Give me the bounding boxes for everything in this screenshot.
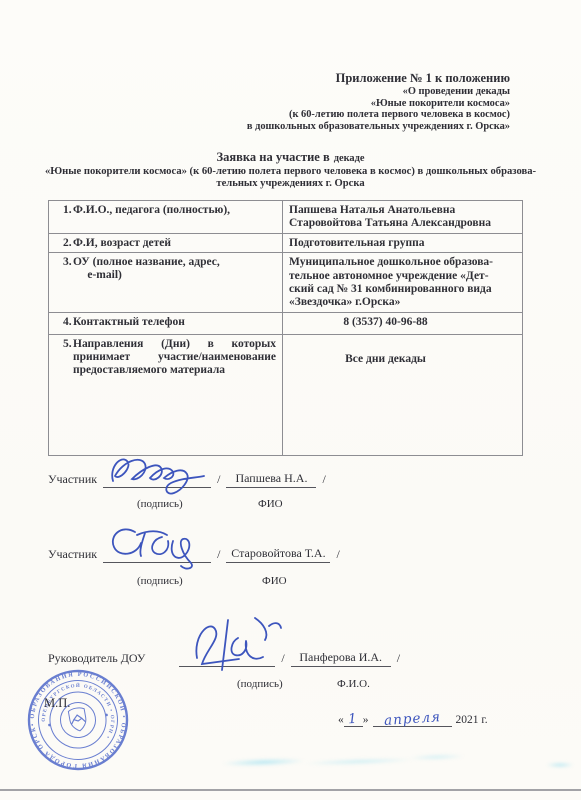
date-close-quote: » [363, 714, 369, 727]
title-line-2: «Юные покорители космоса» (к 60-летию по… [0, 166, 581, 178]
row-number: 1. [55, 204, 73, 217]
row-value: 8 (3537) 40-96-88 [283, 312, 523, 334]
table-row: 1. Ф.И.О., педагога (полностью), Папшева… [49, 201, 523, 234]
signature-line [179, 637, 275, 667]
row-value: Папшева Наталья Анатольевна Старовойтова… [283, 201, 523, 234]
signature-line [103, 533, 211, 563]
scan-artifact-smudge [185, 747, 465, 775]
scan-artifact-smudge [540, 760, 580, 770]
stamp-place-label: М.П. [44, 696, 70, 711]
participant-2-signature-row: Участник / Старовойтова Т.А. / [48, 533, 340, 563]
row-label: Ф.И.О., педагога (полностью), [73, 204, 276, 217]
signature-papsheva [105, 449, 209, 495]
row-value: Муниципальное дошкольное образова- тельн… [283, 253, 523, 313]
table-row: 5. Направления (Дни) в которых принимает… [49, 334, 523, 455]
appendix-header-line: (к 60-летию полета первого человека в ко… [247, 109, 510, 121]
application-table: 1. Ф.И.О., педагога (полностью), Папшева… [48, 200, 523, 456]
title-line-3: тельных учреждениях г. Орска [0, 178, 581, 190]
date-line: « 1 » апреля 2021 г. [338, 710, 488, 727]
signature-line [103, 458, 211, 488]
signature-panferova [181, 612, 281, 674]
participant-name: Папшева Н.А. [226, 471, 316, 488]
handwritten-day: 1 [348, 711, 359, 728]
row-number: 4. [55, 316, 73, 329]
signature-caption: (подпись) [237, 678, 283, 690]
row-value: Подготовительная группа [283, 233, 523, 252]
title-main: Заявка на участие в [217, 150, 330, 164]
slash-separator: / [397, 651, 400, 667]
slash-separator: / [322, 472, 325, 488]
row-label: ОУ (полное название, адрес, e-mail) [73, 256, 276, 282]
director-name: Панферова И.А. [291, 650, 391, 667]
row-number: 2. [55, 237, 73, 250]
name-caption: Ф.И.О. [337, 678, 370, 690]
appendix-header-line: Приложение № 1 к положению [247, 71, 510, 86]
document-title: Заявка на участие в декаде «Юные покорит… [0, 148, 581, 191]
appendix-header-line: в дошкольных образовательных учреждениях… [247, 121, 510, 133]
stamp-ring-outer-text: • ОБРАЗОВАНИЯ РОССИЙСКОЙ • ОБРАЗОВАНИЯ Г… [18, 659, 136, 778]
scanned-document-page: Приложение № 1 к положению «О проведении… [0, 0, 581, 800]
svg-text:• ОБРАЗОВАНИЯ РОССИЙСКОЙ • ОБР: • ОБРАЗОВАНИЯ РОССИЙСКОЙ • ОБРАЗОВАНИЯ Г… [18, 659, 136, 778]
row-label: Направления (Дни) в которых принимает уч… [73, 338, 276, 378]
date-month-field: апреля [373, 710, 452, 727]
participant-name: Старовойтова Т.А. [226, 546, 330, 563]
table-row: 2. Ф.И, возраст детей Подготовительная г… [49, 233, 523, 252]
row-label: Контактный телефон [73, 316, 276, 329]
slash-separator: / [336, 547, 339, 563]
name-caption: ФИО [262, 575, 287, 587]
signature-starovoitova [105, 520, 209, 570]
participant-role-label: Участник [48, 472, 97, 488]
title-line-1: Заявка на участие в декаде [0, 148, 581, 166]
table-row: 4. Контактный телефон 8 (3537) 40-96-88 [49, 312, 523, 334]
appendix-header: Приложение № 1 к положению «О проведении… [247, 71, 510, 132]
row-label: Ф.И, возраст детей [73, 237, 276, 250]
slash-separator: / [217, 472, 220, 488]
table-row: 3. ОУ (полное название, адрес, e-mail) М… [49, 253, 523, 313]
row-number: 3. [55, 256, 73, 282]
appendix-header-line: «Юные покорители космоса» [247, 98, 510, 110]
row-value: Все дни декады [283, 334, 523, 455]
slash-separator: / [281, 651, 284, 667]
name-caption: ФИО [258, 498, 283, 510]
appendix-header-line: «О проведении декады [247, 86, 510, 98]
official-stamp: • ОБРАЗОВАНИЯ РОССИЙСКОЙ • ОБРАЗОВАНИЯ Г… [18, 659, 139, 781]
signature-caption: (подпись) [137, 575, 183, 587]
participant-role-label: Участник [48, 547, 97, 563]
stamp-emblem [68, 707, 88, 732]
signature-caption: (подпись) [137, 498, 183, 510]
scan-edge-line [0, 789, 581, 791]
title-main-suffix: декаде [334, 153, 365, 164]
slash-separator: / [217, 547, 220, 563]
date-day-field: 1 [344, 710, 363, 727]
handwritten-month: апреля [383, 709, 441, 729]
date-year: 2021 г. [456, 714, 488, 727]
row-number: 5. [55, 338, 73, 378]
participant-1-signature-row: Участник / Папшева Н.А. / [48, 458, 326, 488]
